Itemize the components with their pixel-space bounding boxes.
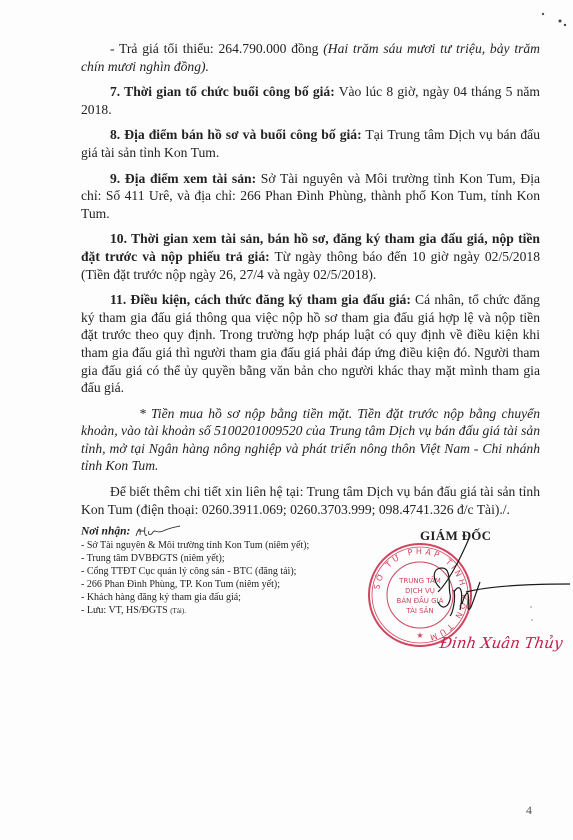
document-page: - Trả giá tối thiểu: 264.790.000 đồng (H… <box>0 0 573 840</box>
recipient-item: - Sở Tài nguyên & Môi trường tỉnh Kon Tu… <box>81 539 371 552</box>
svg-text:★: ★ <box>416 631 423 640</box>
recipient-item: - Cổng TTĐT Cục quản lý công sản - BTC (… <box>81 565 371 578</box>
handwritten-signature-icon <box>430 530 570 640</box>
item-9-paragraph: 9. Địa điểm xem tài sản: Sở Tài nguyên v… <box>81 170 540 223</box>
page-number: 4 <box>526 803 532 818</box>
archive-note: (Tài). <box>170 607 186 615</box>
min-bid-paragraph: - Trả giá tối thiểu: 264.790.000 đồng (H… <box>81 40 540 75</box>
document-body: - Trả giá tối thiểu: 264.790.000 đồng (H… <box>81 40 540 526</box>
recipient-item-archive: - Lưu: VT, HS/ĐGTS (Tài). <box>81 604 371 618</box>
recipients-title: Nơi nhận: <box>81 525 130 537</box>
recipient-item: - 266 Phan Đình Phùng, TP. Kon Tum (niêm… <box>81 578 371 591</box>
min-bid-text: - Trả giá tối thiểu: 264.790.000 đồng <box>110 41 323 56</box>
item-11-heading: 11. Điều kiện, cách thức đăng ký tham gi… <box>110 292 411 307</box>
item-7-paragraph: 7. Thời gian tổ chức buổi công bố giá: V… <box>81 83 540 118</box>
contact-paragraph: Để biết thêm chi tiết xin liên hệ tại: T… <box>81 483 540 518</box>
signer-name: Đinh Xuân Thủy <box>439 634 564 652</box>
payment-note: * Tiền mua hồ sơ nộp bằng tiền mặt. Tiền… <box>81 405 540 475</box>
initials-signature-icon <box>133 525 181 539</box>
item-7-heading: 7. Thời gian tổ chức buổi công bố giá: <box>110 84 335 99</box>
archive-text: - Lưu: VT, HS/ĐGTS <box>81 605 170 616</box>
item-9-heading: 9. Địa điểm xem tài sản: <box>110 171 256 186</box>
item-8-paragraph: 8. Địa điểm bán hồ sơ và buổi công bố gi… <box>81 126 540 161</box>
item-11-text: Cá nhân, tổ chức đăng ký tham gia đấu gi… <box>81 292 540 395</box>
item-11-paragraph: 11. Điều kiện, cách thức đăng ký tham gi… <box>81 291 540 397</box>
recipient-item: - Trung tâm DVBĐGTS (niêm yết); <box>81 552 371 565</box>
recipient-item: - Khách hàng đăng ký tham gia đấu giá; <box>81 591 371 604</box>
item-10-paragraph: 10. Thời gian xem tài sản, bán hồ sơ, đă… <box>81 230 540 283</box>
recipients-title-row: Nơi nhận: <box>81 525 371 539</box>
item-8-heading: 8. Địa điểm bán hồ sơ và buổi công bố gi… <box>110 127 362 142</box>
recipients-block: Nơi nhận: - Sở Tài nguyên & Môi trường t… <box>81 525 371 618</box>
